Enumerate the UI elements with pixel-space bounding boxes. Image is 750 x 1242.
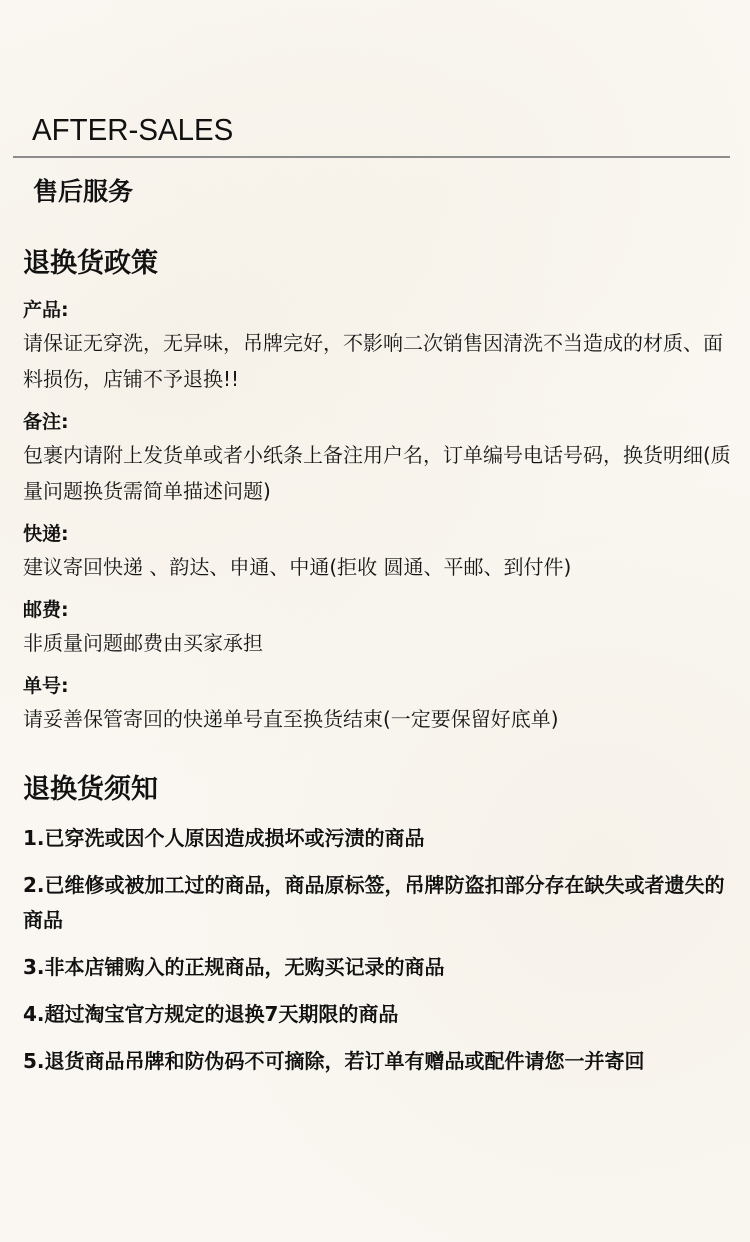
notice-rule: 5.退货商品吊牌和防伪码不可摘除，若订单有赠品或配件请您一并寄回: [23, 1044, 733, 1079]
policy-label: 快递:: [23, 519, 733, 549]
policy-text: 请保证无穿洗，无异味，吊牌完好，不影响二次销售因清洗不当造成的材质、面料损伤，店…: [23, 325, 733, 397]
notice-rule: 2.已维修或被加工过的商品，商品原标签，吊牌防盗扣部分存在缺失或者遗失的商品: [23, 868, 733, 938]
return-policy-section: 退换货政策 产品: 请保证无穿洗，无异味，吊牌完好，不影响二次销售因清洗不当造成…: [23, 245, 733, 737]
policy-item-product: 产品: 请保证无穿洗，无异味，吊牌完好，不影响二次销售因清洗不当造成的材质、面料…: [23, 295, 733, 397]
title-divider: [13, 156, 730, 158]
policy-text: 包裹内请附上发货单或者小纸条上备注用户名，订单编号电话号码，换货明细(质量问题换…: [23, 437, 733, 509]
policy-label: 产品:: [23, 295, 733, 325]
policy-text: 非质量问题邮费由买家承担: [23, 625, 733, 661]
policy-label: 邮费:: [23, 595, 733, 625]
content: 退换货政策 产品: 请保证无穿洗，无异味，吊牌完好，不影响二次销售因清洗不当造成…: [23, 245, 733, 1091]
policy-item-note: 备注: 包裹内请附上发货单或者小纸条上备注用户名，订单编号电话号码，换货明细(质…: [23, 407, 733, 509]
notice-rule: 1.已穿洗或因个人原因造成损坏或污渍的商品: [23, 821, 733, 856]
policy-text: 请妥善保管寄回的快递单号直至换货结束(一定要保留好底单): [23, 701, 733, 737]
policy-label: 备注:: [23, 407, 733, 437]
policy-item-tracking: 单号: 请妥善保管寄回的快递单号直至换货结束(一定要保留好底单): [23, 671, 733, 737]
return-notice-section: 退换货须知 1.已穿洗或因个人原因造成损坏或污渍的商品 2.已维修或被加工过的商…: [23, 771, 733, 1079]
policy-item-courier: 快递: 建议寄回快递 、韵达、申通、中通(拒收 圆通、平邮、到付件): [23, 519, 733, 585]
section-title-notice: 退换货须知: [23, 771, 733, 809]
notice-rule: 3.非本店铺购入的正规商品，无购买记录的商品: [23, 950, 733, 985]
policy-label: 单号:: [23, 671, 733, 701]
policy-item-postage: 邮费: 非质量问题邮费由买家承担: [23, 595, 733, 661]
page-title-en: AFTER-SALES: [32, 112, 233, 148]
policy-text: 建议寄回快递 、韵达、申通、中通(拒收 圆通、平邮、到付件): [23, 549, 733, 585]
page-title-cn: 售后服务: [33, 172, 133, 208]
notice-rule: 4.超过淘宝官方规定的退换7天期限的商品: [23, 997, 733, 1032]
section-title-policy: 退换货政策: [23, 245, 733, 283]
